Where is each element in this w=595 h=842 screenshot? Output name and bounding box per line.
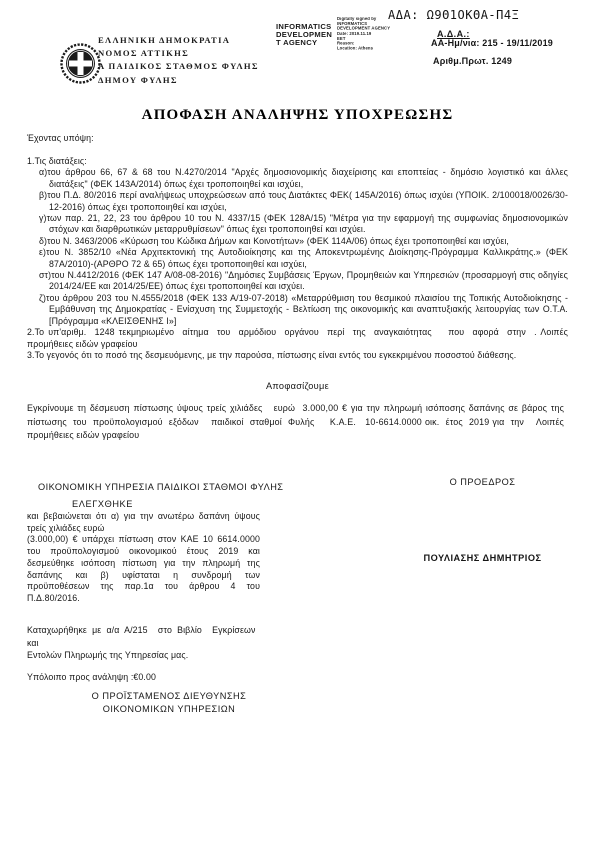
agency-line: T AGENCY [276,39,332,47]
law-item-b: β)του Π.Δ. 80/2016 περί αναλήψεως υποχρε… [39,190,568,213]
preamble-item-3: 3.Το γεγονός ότι το ποσό της δεσμευόμενη… [27,350,568,361]
verification-line: δαπάνης και β) υφίσταται η συνδρομή των [27,570,260,582]
org-line-prefecture: ΝΟΜΟΣ ΑΤΤΙΚΗΣ [98,47,259,60]
provisions-label: 1.Τις διατάξεις: [27,156,568,167]
verification-line: τρείς χιλιάδες ευρώ [27,523,260,535]
preamble-item-2: 2.Το υπ'αριθμ. 1248 τεκμηριωμένο αίτημα … [27,327,568,350]
having-regard: Έχοντας υπόψη: [27,133,94,144]
remaining-balance: Υπόλοιπο προς ανάληψη :€0.00 [27,672,156,683]
verification-line: Π.Δ.80/2016. [27,593,260,605]
sig-detail-line: Location: Athens [337,47,409,52]
verification-line: (3.000,00) € υπάρχει πίστωση στον ΚΑΕ 10… [27,534,260,546]
verification-line: και βεβαιώνεται ότι α) για την ανωτέρω δ… [27,511,260,523]
decision-heading: Αποφασίζουμε [0,381,595,391]
president-name: ΠΟΥΛΙΑΣΗΣ ΔΗΜΗΤΡΙΟΣ [390,553,575,563]
document-title: ΑΠΟΦΑΣΗ ΑΝΑΛΗΨΗΣ ΥΠΟΧΡΕΩΣΗΣ [0,107,595,124]
decision-body: Εγκρίνουμε τη δέσμευση πίστωσης ύψους τρ… [27,402,564,443]
registration-line-2: και [27,638,39,649]
org-line-municipality: ΔΗΜΟΥ ΦΥΛΗΣ [98,74,259,87]
director-title-line: ΟΙΚΟΝΟΜΙΚΩΝ ΥΠΗΡΕΣΙΩΝ [58,703,280,716]
verification-block: και βεβαιώνεται ότι α) για την ανωτέρω δ… [27,511,260,605]
preamble-block: 1.Τις διατάξεις: α)του άρθρου 66, 67 & 6… [27,156,568,361]
law-item-z: ζ)του άρθρου 203 του Ν.4555/2018 (ΦΕΚ 13… [39,293,568,327]
emblem-icon [60,43,101,84]
president-title: Ο ΠΡΟΕΔΡΟΣ [390,477,575,487]
verification-line: δεσμεύθηκε ισόποση πίστωση για την πληρω… [27,558,260,570]
org-header: ΕΛΛΗΝΙΚΗ ΔΗΜΟΚΡΑΤΙΑ ΝΟΜΟΣ ΑΤΤΙΚΗΣ Α ΠΑΙΔ… [98,34,259,87]
director-signature-block: Ο ΠΡΟΪΣΤΑΜΕΝΟΣ ΔΙΕΥΘΥΝΣΗΣ ΟΙΚΟΝΟΜΙΚΩΝ ΥΠ… [58,690,280,715]
finance-office-label: ΟΙΚΟΝΟΜΙΚΗ ΥΠΗΡΕΣΙΑ ΠΑΙΔΙΚΟΙ ΣΤΑΘΜΟΙ ΦΥΛ… [38,482,283,492]
law-item-a: α)του άρθρου 66, 67 & 68 του Ν.4270/2014… [39,167,568,190]
law-item-d: δ)του Ν. 3463/2006 «Κύρωση του Κώδικα Δή… [39,236,568,247]
aa-date: ΑΑ-Ημ/νια: 215 - 19/11/2019 [431,38,553,48]
org-line-daycare: Α ΠΑΙΔΙΚΟΣ ΣΤΑΘΜΟΣ ΦΥΛΗΣ [98,60,259,73]
checked-label: ΕΛΕΓΧΘΗΚΕ [72,499,133,509]
registration-line-1: Καταχωρήθηκε με α/α Α/215 στο Βιβλίο Εγκ… [27,625,256,636]
law-item-e: ε)του Ν. 3852/10 «Νέα Αρχιτεκτονική της … [39,247,568,270]
greek-emblem-logo [60,43,101,84]
signature-agency-block: INFORMATICS DEVELOPMEN T AGENCY [276,23,332,47]
law-list: α)του άρθρου 66, 67 & 68 του Ν.4270/2014… [39,167,568,327]
org-line-republic: ΕΛΛΗΝΙΚΗ ΔΗΜΟΚΡΑΤΙΑ [98,34,259,47]
verification-line: του προϋπολογισμού οικονομικού έτους 201… [27,546,260,558]
director-title-line: Ο ΠΡΟΪΣΤΑΜΕΝΟΣ ΔΙΕΥΘΥΝΣΗΣ [58,690,280,703]
document-page: ΑΔΑ: Ω9Θ1ΟΚΘΑ-Π4Ξ ΕΛΛΗΝΙΚΗ ΔΗΜΟΚΡΑΤΙΑ ΝΟ… [0,0,595,842]
protocol-number: Αριθμ.Πρωτ. 1249 [433,56,512,66]
registration-line-3: Εντολών Πληρωμής της Υπηρεσίας μας. [27,650,188,661]
law-item-c: γ)των παρ. 21, 22, 23 του άρθρου 10 του … [39,213,568,236]
law-item-st: στ)του Ν.4412/2016 (ΦΕΚ 147 Α/08-08-2016… [39,270,568,293]
verification-line: προϋποθέσεων της παρ.1α του άρθρου 4 του [27,581,260,593]
